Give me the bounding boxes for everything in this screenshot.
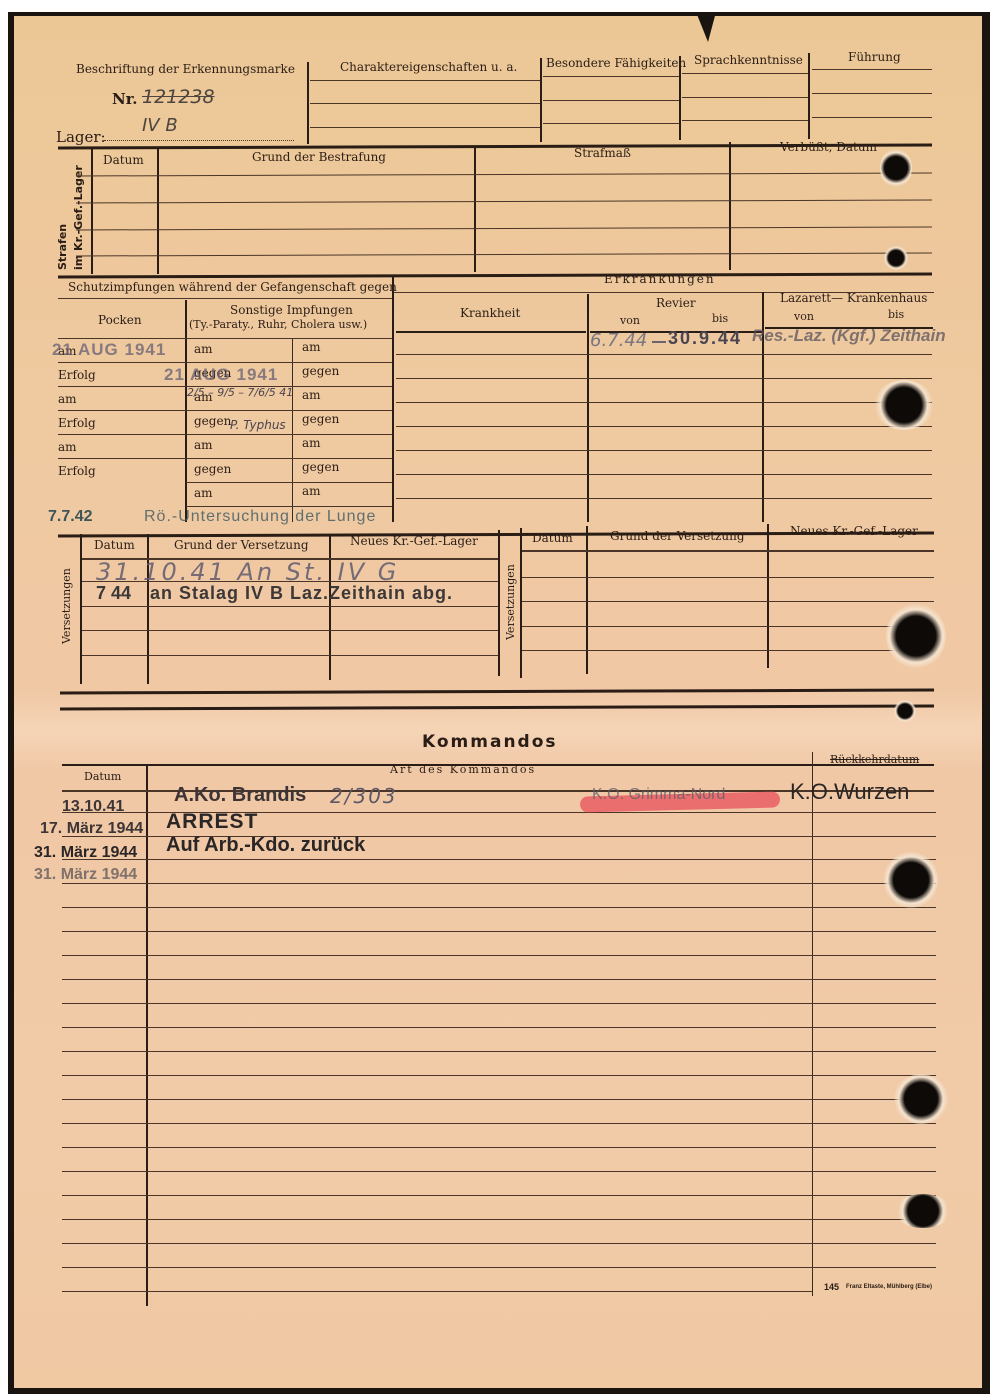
rule (62, 955, 936, 956)
vaccinations-title: Schutzimpfungen während der Gefangenscha… (68, 280, 397, 294)
rule (62, 1267, 936, 1268)
kommando-date-1: 13.10.41 (62, 798, 124, 816)
kommando-date-3: 31. März 1944 (34, 844, 137, 862)
other-vaccines-label: Sonstige Impfungen (230, 303, 353, 317)
pocken-row-erfolg: Erfolg (58, 368, 96, 382)
divider (147, 534, 149, 684)
rule (62, 1027, 936, 1028)
divider (540, 58, 542, 142)
rule (522, 550, 934, 552)
divider (586, 526, 588, 674)
revier-to-date: 30.9.44 (668, 328, 742, 349)
rule (543, 123, 679, 124)
other-right-row: am (302, 484, 321, 498)
col-abilities: Besondere Fähigkeiten (546, 56, 686, 70)
other-right-row: am (302, 340, 321, 354)
divider (474, 146, 476, 272)
rule (682, 73, 808, 74)
punch-hole (894, 1074, 948, 1124)
lager-value: IV B (142, 115, 178, 136)
date-dash (652, 341, 666, 343)
rule (62, 1291, 812, 1292)
other-right-row: am (302, 388, 321, 402)
divider (80, 534, 82, 684)
transfers-side-label-right: Versetzungen (504, 564, 517, 640)
rule (62, 1099, 936, 1100)
transfer-entry-2-date: 7 44 (96, 583, 131, 604)
rule (62, 1123, 936, 1124)
transfers-side-label: Versetzungen (60, 568, 73, 644)
rule (186, 506, 392, 507)
pocken-date-stamp: 21 AUG 1941 (52, 340, 166, 360)
xray-note: Rö.-Untersuchung der Lunge (144, 508, 376, 526)
printer-imprint: Franz Eltaste, Mühlberg (Elbe) (846, 1284, 932, 1290)
other-right-row: gegen (302, 412, 339, 426)
rule (62, 1171, 936, 1172)
divider (587, 294, 589, 522)
divider (679, 56, 681, 140)
lazarett-stamp: Res.-Laz. (Kgf.) Zeithain (752, 326, 946, 346)
rule (543, 100, 679, 101)
kommando-wurzen: K.O.Wurzen (790, 779, 909, 805)
rule (522, 650, 934, 651)
other-handwritten-gegen: P. Typhus (230, 418, 286, 432)
rule (682, 97, 808, 98)
rule (58, 410, 392, 411)
divider (498, 530, 500, 676)
pocken-row-erfolg: Erfolg (58, 416, 96, 430)
rule (58, 362, 392, 363)
divider (146, 766, 148, 1306)
divider (185, 300, 187, 522)
rule (62, 1147, 936, 1148)
punch-hole (894, 700, 916, 722)
kommando-entry-1-extra: 2/303 (330, 784, 398, 808)
punishments-side-label-2: im Kr.-Gef.-Lager (72, 165, 85, 270)
other-handwritten-dates: 2/5 – 9/5 – 7/6/5 41 (187, 386, 293, 399)
kommando-date-2: 17. März 1944 (40, 820, 143, 838)
rule (396, 498, 932, 499)
punishments-col-reason: Grund der Bestrafung (252, 150, 386, 164)
col-languages: Sprachkenntnisse (694, 53, 803, 67)
rule (522, 601, 934, 602)
rule (396, 354, 932, 355)
nr-label: Nr. (112, 90, 137, 108)
rule (310, 80, 540, 81)
rule (310, 103, 540, 104)
rule (62, 931, 936, 932)
divider (392, 276, 394, 522)
punishments-col-date: Datum (103, 153, 144, 167)
other-date-stamp: 21 AUG 1941 (164, 365, 278, 385)
rule (62, 1219, 936, 1220)
rule (812, 93, 932, 94)
pocken-row-erfolg: Erfolg (58, 464, 96, 478)
col-conduct: Führung (848, 50, 901, 64)
pocken-row-am: am (58, 392, 77, 406)
form-number: 145 (824, 1282, 839, 1292)
rule (396, 402, 932, 403)
kommandos-col-return: Rückkehrdatum (830, 753, 919, 766)
illness-col-disease: Krankheit (460, 306, 520, 320)
kommando-entry-2: ARREST (166, 810, 258, 834)
rule (58, 298, 392, 299)
rule (543, 76, 679, 77)
kommando-entry-3: Auf Arb.-Kdo. zurück (166, 834, 365, 857)
other-left-row: gegen (194, 462, 231, 476)
other-left-row: am (194, 342, 213, 356)
transfers-col-date: Datum (94, 538, 135, 552)
rule (396, 474, 932, 475)
pocken-row-am: am (58, 440, 77, 454)
punch-hole (884, 852, 938, 908)
rule (310, 127, 540, 128)
punch-hole (874, 380, 934, 430)
rule (812, 69, 932, 70)
lazarett-von: von (794, 310, 814, 323)
rule (812, 117, 932, 118)
rule (396, 450, 932, 451)
revier-bis: bis (712, 312, 728, 325)
divider (292, 338, 293, 522)
punishments-col-measure: Strafmaß (574, 146, 631, 160)
rule (82, 630, 498, 631)
transfer-entry-2-text: an Stalag IV B Laz.Zeithain abg. (150, 583, 453, 604)
divider (307, 62, 309, 144)
divider (812, 752, 813, 1296)
revier-von: von (620, 314, 640, 327)
xray-date: 7.7.42 (48, 508, 92, 526)
transfer-entry-1: 31.10.41 An St. IV G (96, 558, 399, 586)
rule (62, 1195, 936, 1196)
rule (62, 979, 936, 980)
punch-hole (880, 148, 912, 188)
rule (682, 120, 808, 121)
rule (62, 1075, 936, 1076)
lazarett-bis: bis (888, 308, 904, 321)
lager-label: Lager: (56, 128, 106, 146)
rule (82, 606, 498, 607)
other-left-row: am (194, 486, 213, 500)
rule (62, 907, 936, 908)
rule (62, 883, 936, 884)
illness-col-revier: Revier (656, 296, 696, 310)
kommandos-col-date: Datum (84, 770, 121, 783)
rule (396, 331, 586, 333)
rule (58, 458, 392, 459)
pocken-label: Pocken (98, 313, 142, 327)
tag-label: Beschriftung der Erkennungsmarke (76, 62, 295, 76)
col-character: Charaktereigenschaften u. a. (340, 60, 517, 74)
kommandos-title: Kommandos (422, 732, 558, 752)
struck-kommando-entry: K.O. Grimma-Nord (592, 786, 725, 804)
punishments-side-label-1: Strafen (56, 224, 69, 270)
rule (186, 482, 392, 483)
rule (62, 1003, 936, 1004)
kommandos-col-type: Art des Kommandos (390, 763, 536, 776)
transfers-col-new-camp: Neues Kr.-Gef.-Lager (350, 534, 478, 548)
rule (58, 338, 392, 339)
rule (522, 626, 934, 627)
transfers-right-col-new-camp: Neues Kr.-Gef.-Lager (790, 524, 918, 538)
revier-from-date: 6.7.44 (590, 330, 647, 351)
other-left-row: am (194, 438, 213, 452)
transfers-right-col-reason: Grund der Versetzung (610, 529, 745, 543)
other-right-row: gegen (302, 364, 339, 378)
divider (808, 53, 810, 139)
rule (396, 426, 932, 427)
divider (329, 534, 331, 680)
divider (767, 524, 769, 668)
lager-dotted-line (104, 140, 294, 141)
transfers-right-col-date: Datum (532, 531, 573, 545)
rule (396, 378, 932, 379)
rule (522, 577, 934, 578)
divider (729, 142, 731, 270)
other-vaccines-sub: (Ty.-Paraty., Ruhr, Cholera usw.) (189, 318, 367, 331)
other-left-row: gegen (194, 414, 231, 428)
rule (62, 1051, 936, 1052)
other-right-row: gegen (302, 460, 339, 474)
rule (62, 859, 936, 860)
punch-hole (886, 604, 946, 668)
other-right-row: am (302, 436, 321, 450)
rule (62, 1243, 936, 1244)
rule (82, 655, 498, 656)
transfers-col-reason: Grund der Versetzung (174, 538, 309, 552)
punch-hole (884, 246, 908, 270)
kommando-entry-1: A.Ko. Brandis (174, 784, 306, 807)
illness-title: Erkrankungen (604, 272, 716, 286)
nr-value: 121238 (142, 86, 215, 108)
illness-col-lazarett: Lazarett— Krankenhaus (780, 291, 927, 305)
punch-hole (894, 1194, 952, 1228)
kommando-date-4: 31. März 1944 (34, 866, 137, 884)
rule (58, 434, 392, 435)
punishments-col-served: Verbüßt, Datum (780, 140, 877, 154)
